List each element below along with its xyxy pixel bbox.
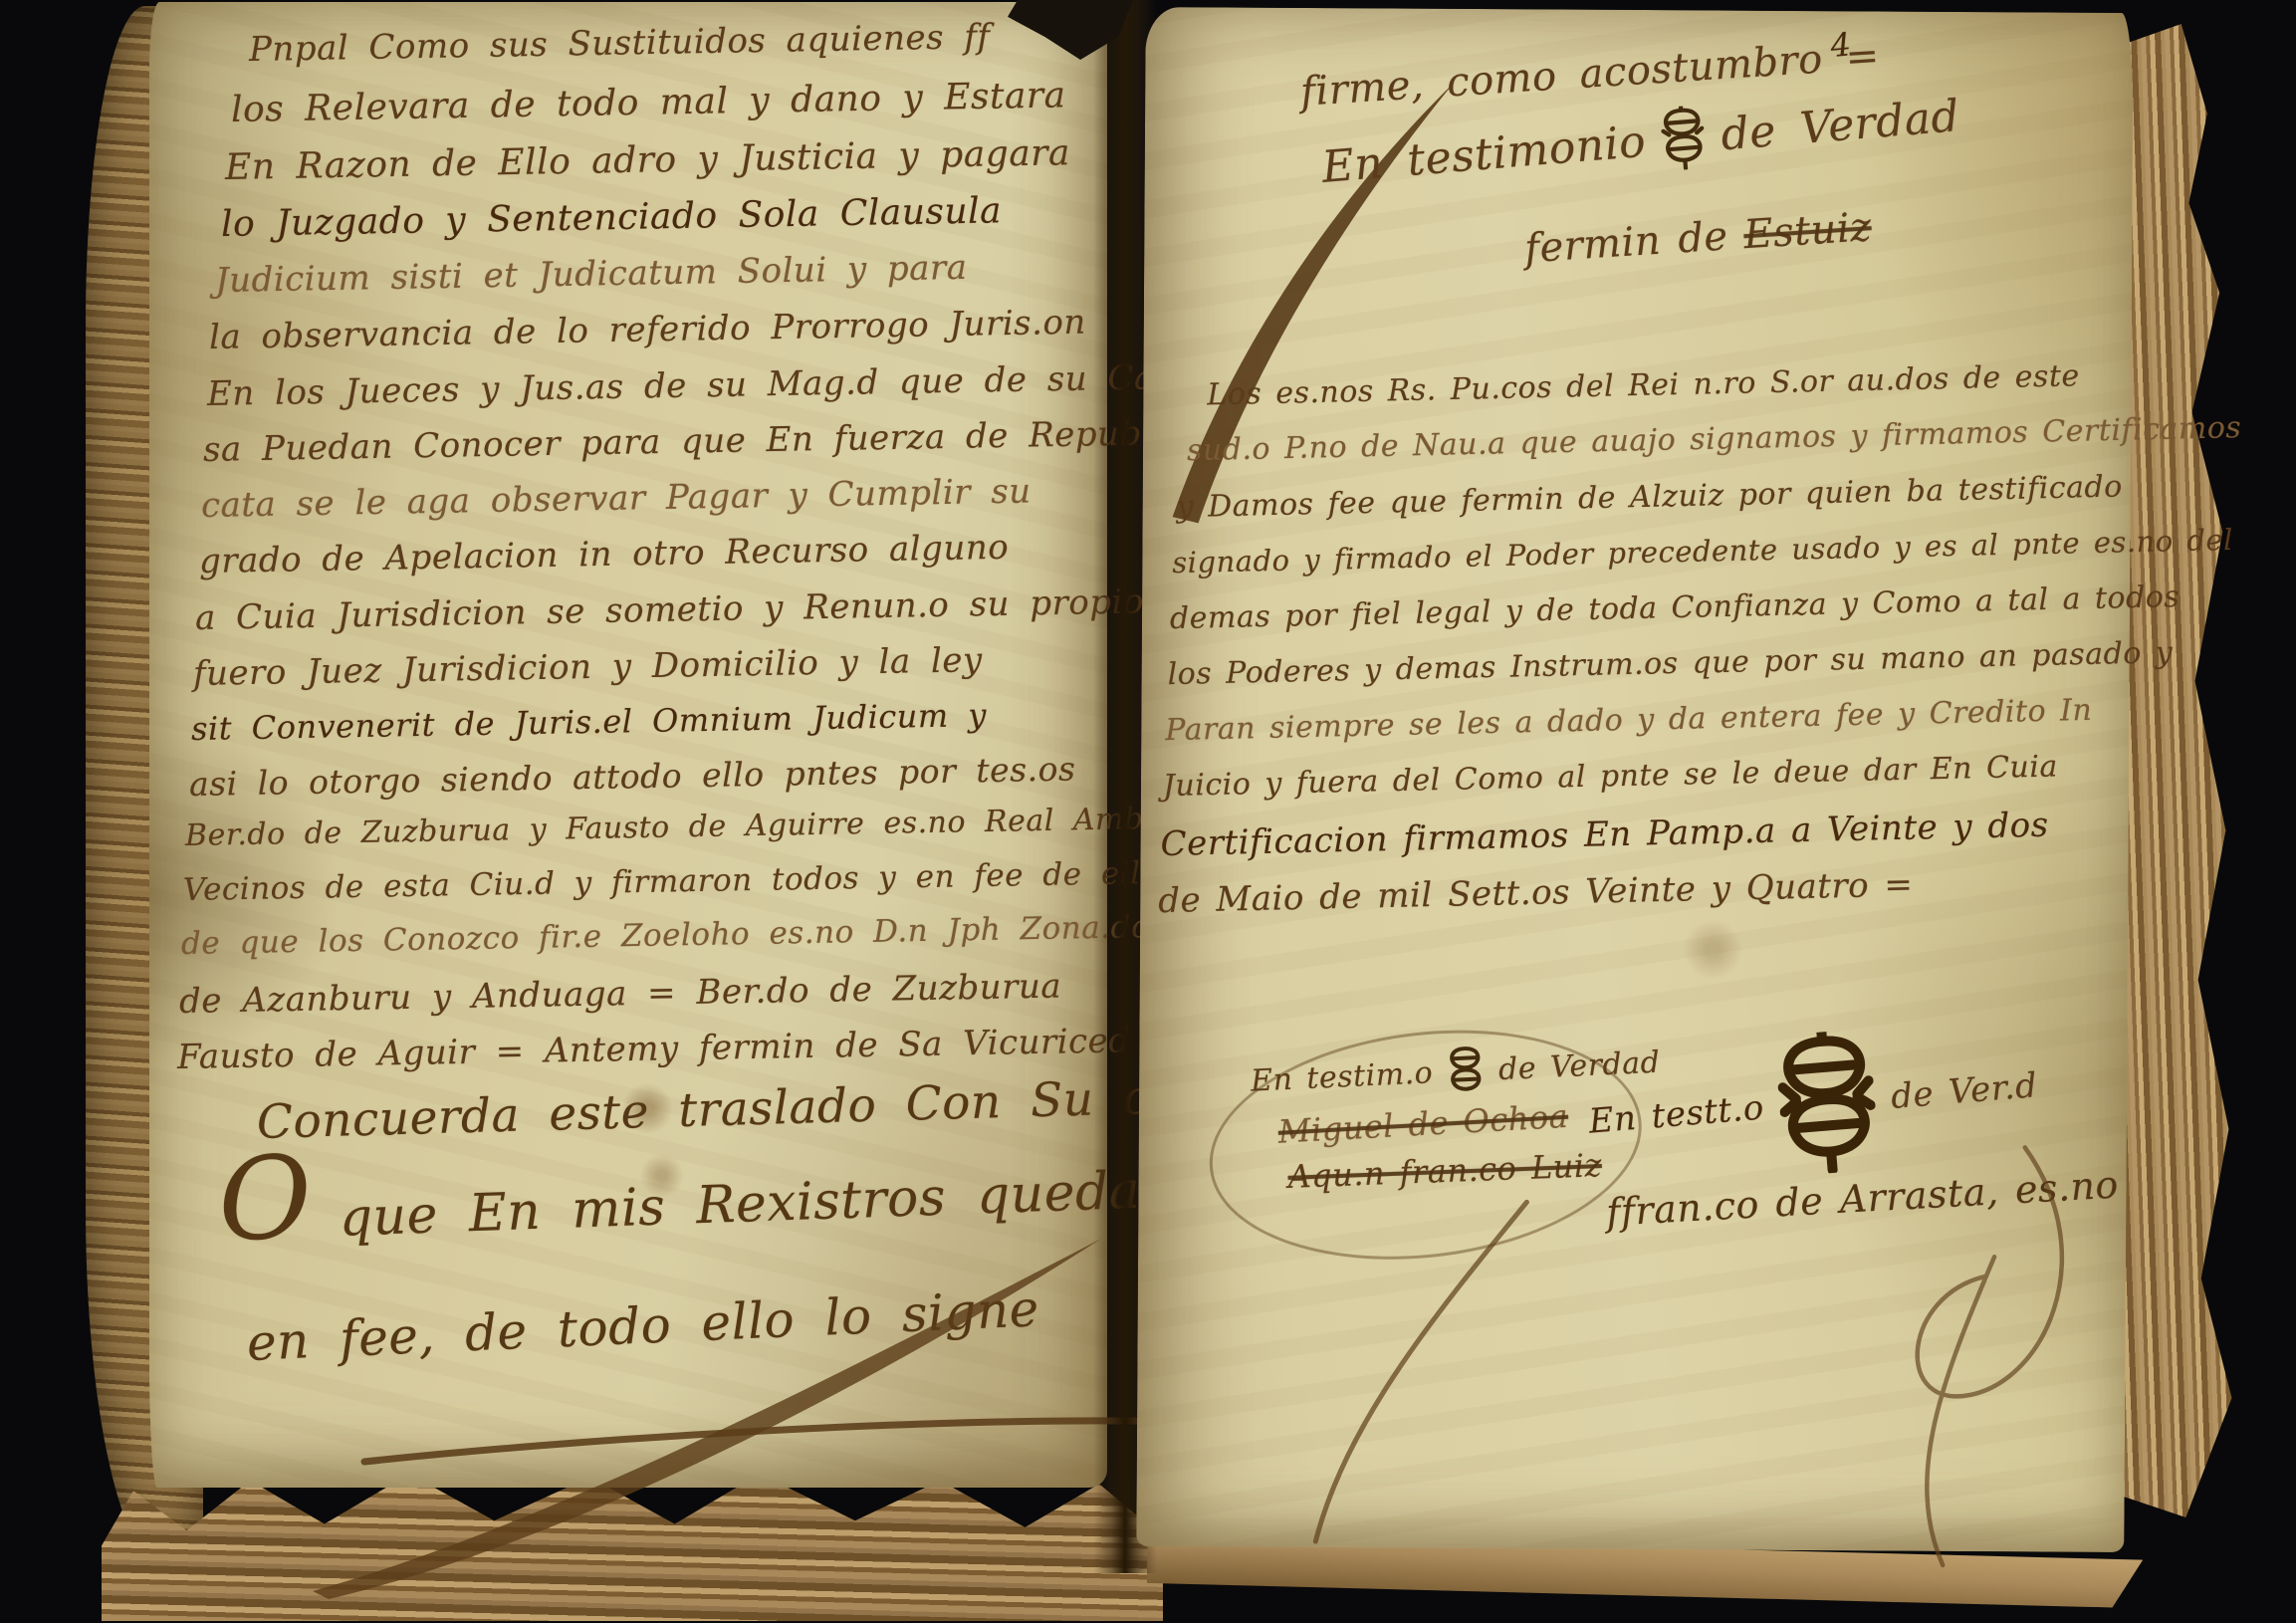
manuscript-photo: Pnpal Como sus Sustituidos aquienes ff l… [0, 0, 2296, 1623]
diagonal-flourish [299, 1227, 1115, 1605]
signer-prefix: fermin de [1523, 213, 1729, 272]
manuscript-line: de que los Conozco fir.e Zoeloho es.no D… [181, 909, 1151, 962]
manuscript-line: Judicium sisti et Judicatum Solui y para [215, 248, 968, 301]
attestation-suffix: de Verdad [1719, 91, 1960, 160]
right-page: 4 firme, como acostumbro = En testimonio… [1136, 7, 2133, 1552]
manuscript-line: Certificacion firmamos En Pamp.a a Veint… [1160, 806, 2049, 864]
manuscript-line: asi lo otorgo siendo attodo ello pntes p… [189, 749, 1076, 804]
manuscript-line: la observancia de lo referido Prorrogo J… [209, 303, 1086, 357]
manuscript-line: sa Puedan Conocer para que En fuerza de … [203, 414, 1142, 470]
manuscript-line: cata se le aga observar Pagar y Cumplir … [201, 471, 1032, 526]
manuscript-line: fuero Juez Jurisdicion y Domicilio y la … [193, 640, 983, 694]
manuscript-line: Juicio y fuera del Como al pnte se le de… [1163, 749, 2059, 804]
manuscript-line: de Maio de mil Sett.os Veinte y Quatro = [1158, 865, 1914, 922]
manuscript-line: a Cuia Jurisdicion se sometio y Renun.o … [195, 581, 1145, 638]
manuscript-line: los Poderes y demas Instrum.os que por s… [1167, 635, 2173, 692]
manuscript-line: demas por fiel legal y de toda Confianza… [1170, 580, 2181, 636]
attestation-prefix: En testim.o [1250, 1055, 1434, 1098]
manuscript-line: los Relevara de todo mal y dano y Estara [231, 75, 1066, 130]
signer-line: fermin de Estuiz [1523, 204, 1873, 272]
attestation-prefix: En testt.o [1587, 1087, 1765, 1141]
manuscript-line: Fausto de Aguir = Antemy fermin de Sa Vi… [177, 1020, 1180, 1077]
manuscript-line: lo Juzgado y Sentenciado Sola Clausula [221, 190, 1003, 245]
manuscript-line: Paran siempre se les a dado y da entera … [1165, 693, 2093, 748]
manuscript-line: En Razon de Ello adro y Justicia y pagar… [225, 132, 1071, 188]
manuscript-line: En los Jueces y Jus.as de su Mag.d que d… [207, 357, 1178, 414]
signer-name-crossed-out: Estuiz [1742, 204, 1873, 258]
notary-knot-icon [1659, 105, 1708, 171]
signature-descender-flourish [1285, 1193, 1546, 1553]
notary-knot-icon [1448, 1044, 1484, 1098]
left-page: Pnpal Como sus Sustituidos aquienes ff l… [149, 2, 1107, 1488]
manuscript-line: Ber.do de Zuzburua y Fausto de Aguirre e… [185, 802, 1179, 853]
manuscript-line: Vecinos de esta Ciu.d y firmaron todos y… [183, 855, 1160, 908]
manuscript-line: sit Convenerit de Juris.el Omnium Judicu… [191, 696, 988, 748]
manuscript-line: grado de Apelacion in otro Recurso algun… [199, 528, 1010, 581]
attestation-suffix: de Ver.d [1890, 1065, 2039, 1117]
manuscript-line: de Azanburu y Anduaga = Ber.do de Zuzbur… [179, 967, 1062, 1022]
signature-flourish-loops [1694, 1135, 2125, 1576]
manuscript-line: Pnpal Como sus Sustituidos aquienes ff [249, 17, 991, 70]
